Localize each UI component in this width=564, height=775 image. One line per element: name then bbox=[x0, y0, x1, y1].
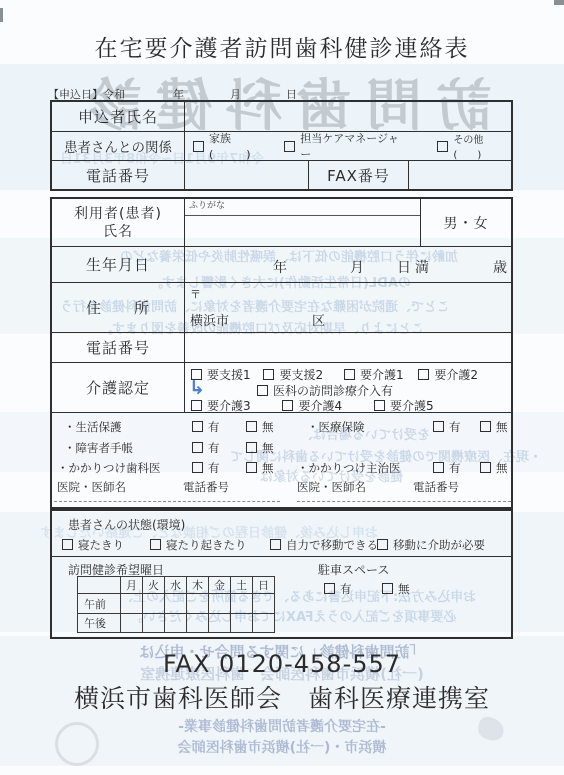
condition-opt1: 寝たきり bbox=[62, 537, 124, 553]
medical-no: 無 bbox=[480, 419, 508, 435]
checkbox-icon bbox=[193, 141, 204, 152]
condition-section: 患者さんの状態(環境) 寝たきり 寝たり起きたり 自力で移動できる 移動に介助が… bbox=[52, 511, 511, 557]
patient-name-field: ふりがな bbox=[185, 199, 421, 246]
day-mon: 月 bbox=[121, 577, 143, 594]
checkbox-icon bbox=[480, 462, 491, 473]
no-label: 無 bbox=[262, 441, 274, 455]
relation-row: 患者さんとの関係 家族( ) 担当ケアマネージャー その他( ) bbox=[52, 132, 511, 161]
applicant-table: 申込者氏名 患者さんとの関係 家族( ) 担当ケアマネージャー その他( ) 電… bbox=[50, 100, 513, 191]
checkbox-icon bbox=[284, 141, 295, 152]
no-label: 無 bbox=[398, 582, 410, 596]
am-label: 午前 bbox=[78, 594, 121, 614]
pm-slot bbox=[209, 614, 231, 633]
birthdate-row: 生年月日 年 月 日 満 歳 bbox=[52, 247, 511, 283]
no-label: 無 bbox=[262, 461, 274, 475]
day-wed: 水 bbox=[165, 577, 187, 594]
care-certification-options: 要支援1 要支援2 要介護1 要介護2 ↳ 医科の訪問診療介入有 要介護3 要介… bbox=[185, 363, 511, 412]
am-row: 午前 bbox=[78, 594, 275, 614]
clinic-phone-label: 電話番号 bbox=[413, 479, 459, 495]
scan-edge-artifact bbox=[554, 0, 564, 5]
am-slot bbox=[209, 594, 231, 614]
address-ward: 区 bbox=[312, 310, 325, 329]
condition-opt4-label: 移動に介助が必要 bbox=[393, 538, 485, 552]
weekday-table: 月 火 水 木 金 土 日 午前 午後 bbox=[77, 576, 275, 633]
condition-opt4: 移動に介助が必要 bbox=[377, 537, 485, 553]
care-opt7-label: 要介護5 bbox=[390, 399, 434, 413]
checkbox-icon bbox=[374, 400, 385, 411]
patient-name-label-line1: 利用者(患者) bbox=[74, 205, 162, 223]
checkbox-icon bbox=[263, 369, 274, 380]
relation-caremanager-label: 担当ケアマネージャー bbox=[300, 130, 409, 162]
yes-label: 有 bbox=[449, 461, 461, 475]
insurance-grid: ・生活保護 有 無 ・医療保険 有 無 ・障害者手帳 有 無 ・かかりつけ歯科医… bbox=[52, 413, 511, 507]
address-city: 横浜市 bbox=[190, 310, 229, 329]
checkbox-icon bbox=[418, 369, 429, 380]
day-tue: 火 bbox=[143, 577, 165, 594]
pm-slot bbox=[253, 614, 275, 633]
checkbox-icon bbox=[377, 539, 388, 550]
patient-phone-field bbox=[185, 333, 511, 362]
birth-age-label: 歳 bbox=[493, 257, 507, 277]
care-arrow-note-label: 医科の訪問診療介入有 bbox=[273, 384, 393, 398]
dentist-no: 無 bbox=[246, 460, 274, 476]
birth-year-label: 年 bbox=[273, 257, 287, 277]
am-slot bbox=[187, 594, 209, 614]
scan-edge-artifact bbox=[0, 8, 3, 22]
relation-family-label: 家族( ) bbox=[209, 130, 272, 162]
welfare-label: ・生活保護 bbox=[64, 419, 122, 435]
yes-label: 有 bbox=[208, 420, 220, 434]
am-slot bbox=[121, 594, 143, 614]
checkbox-icon bbox=[344, 369, 355, 380]
disability-no: 無 bbox=[246, 440, 274, 456]
condition-cell: 患者さんの状態(環境) 寝たきり 寝たり起きたり 自力で移動できる 移動に介助が… bbox=[52, 511, 511, 556]
family-doctor-label: ・かかりつけ主治医 bbox=[297, 460, 401, 476]
address-field: 〒 横浜市 区 bbox=[185, 283, 511, 332]
day-sat: 土 bbox=[231, 577, 253, 594]
dentist-yes: 有 bbox=[192, 460, 220, 476]
blue-arrow-icon: ↳ bbox=[189, 377, 205, 399]
clinic-name-label: 医院・医師名 bbox=[297, 479, 366, 495]
address-row: 住 所 〒 横浜市 区 bbox=[52, 283, 511, 333]
checkbox-icon bbox=[246, 462, 257, 473]
footer-organization: 横浜市歯科医師会 歯科医療連携室 bbox=[0, 679, 564, 715]
welfare-no: 無 bbox=[246, 419, 274, 435]
relation-other-label: その他( ) bbox=[453, 131, 511, 161]
disability-label: ・障害者手帳 bbox=[64, 440, 133, 456]
bleedthrough-logo-icon bbox=[475, 715, 507, 744]
bleedthrough-stamp-icon bbox=[55, 722, 99, 766]
medical-yes: 有 bbox=[433, 419, 461, 435]
care-option-line1: 要支援1 要支援2 要介護1 要介護2 bbox=[191, 366, 478, 383]
applicant-fax-field bbox=[409, 161, 511, 189]
patient-phone-row: 電話番号 bbox=[52, 333, 511, 363]
yes-label: 有 bbox=[208, 461, 220, 475]
pm-row: 午後 bbox=[78, 614, 275, 633]
weekday-corner-cell bbox=[78, 577, 121, 594]
insurance-section: ・生活保護 有 無 ・医療保険 有 無 ・障害者手帳 有 無 ・かかりつけ歯科医… bbox=[52, 413, 511, 507]
weekday-header-row: 月 火 水 木 金 土 日 bbox=[78, 577, 275, 594]
applicant-name-row: 申込者氏名 bbox=[52, 102, 511, 132]
address-label: 住 所 bbox=[52, 283, 185, 332]
phone-fax-row: 電話番号 FAX番号 bbox=[52, 161, 511, 189]
pm-slot bbox=[187, 614, 209, 633]
birthdate-field: 年 月 日 満 歳 bbox=[185, 247, 511, 282]
no-label: 無 bbox=[496, 420, 508, 434]
am-slot bbox=[143, 594, 165, 614]
relation-options: 家族( ) 担当ケアマネージャー その他( ) bbox=[185, 132, 511, 160]
checkbox-icon bbox=[62, 539, 73, 550]
checkbox-icon bbox=[246, 421, 257, 432]
doctor-yes: 有 bbox=[433, 460, 461, 476]
disability-yes: 有 bbox=[192, 440, 220, 456]
day-sun: 日 bbox=[253, 577, 275, 594]
condition-schedule-table: 患者さんの状態(環境) 寝たきり 寝たり起きたり 自力で移動できる 移動に介助が… bbox=[50, 509, 513, 639]
applicant-fax-label: FAX番号 bbox=[309, 161, 409, 189]
relation-label: 患者さんとの関係 bbox=[52, 132, 185, 160]
page-title: 在宅要介護者訪問歯科健診連絡表 bbox=[0, 30, 564, 63]
condition-opt1-label: 寝たきり bbox=[78, 538, 124, 552]
welfare-yes: 有 bbox=[192, 419, 220, 435]
care-opt4-label: 要介護2 bbox=[434, 368, 478, 382]
parking-no: 無 bbox=[382, 581, 410, 597]
write-line bbox=[54, 501, 280, 502]
condition-opt3-label: 自力で移動できる bbox=[286, 538, 378, 552]
care-option-line3: 要介護3 要介護4 要介護5 bbox=[191, 397, 434, 414]
checkbox-icon bbox=[480, 421, 491, 432]
care-opt2-label: 要支援2 bbox=[279, 368, 323, 382]
checkbox-icon bbox=[246, 442, 257, 453]
condition-opt2: 寝たり起きたり bbox=[150, 537, 247, 553]
doctor-no: 無 bbox=[480, 460, 508, 476]
checkbox-icon bbox=[192, 421, 203, 432]
pm-slot bbox=[143, 614, 165, 633]
clinic-phone-label: 電話番号 bbox=[183, 479, 229, 495]
schedule-section: 訪問健診希望曜日 駐車スペース 有 無 月 火 水 木 金 土 日 午前 bbox=[52, 557, 511, 637]
care-opt6-label: 要介護4 bbox=[298, 399, 342, 413]
care-opt5-label: 要介護3 bbox=[207, 399, 251, 413]
parking-label: 駐車スペース bbox=[318, 561, 389, 578]
checkbox-icon bbox=[433, 462, 444, 473]
patient-phone-label: 電話番号 bbox=[52, 333, 185, 362]
pm-slot bbox=[121, 614, 143, 633]
pm-slot bbox=[231, 614, 253, 633]
am-slot bbox=[253, 594, 275, 614]
family-dentist-label: ・かかりつけ歯科医 bbox=[57, 460, 161, 476]
checkbox-icon bbox=[192, 442, 203, 453]
patient-table: 利用者(患者) 氏名 ふりがな 男・女 生年月日 年 月 日 満 歳 住 所 〒… bbox=[50, 197, 513, 509]
condition-title: 患者さんの状態(環境) bbox=[68, 516, 185, 533]
yes-label: 有 bbox=[449, 420, 461, 434]
am-slot bbox=[231, 594, 253, 614]
no-label: 無 bbox=[496, 461, 508, 475]
pm-label: 午後 bbox=[78, 614, 121, 633]
checkbox-icon bbox=[191, 400, 202, 411]
yes-label: 有 bbox=[340, 582, 352, 596]
checkbox-icon bbox=[282, 400, 293, 411]
checkbox-icon bbox=[382, 583, 393, 594]
checkbox-icon bbox=[150, 539, 161, 550]
birth-day-label: 日 bbox=[397, 257, 411, 277]
postal-mark: 〒 bbox=[190, 286, 201, 302]
care-certification-row: 介護認定 要支援1 要支援2 要介護1 要介護2 ↳ 医科の訪問診療介入有 要介… bbox=[52, 363, 511, 413]
checkbox-icon bbox=[433, 421, 444, 432]
birth-man-label: 満 bbox=[415, 257, 429, 277]
patient-name-label: 利用者(患者) 氏名 bbox=[52, 199, 185, 246]
footer-fax-number: FAX 0120-458-557 bbox=[0, 650, 564, 678]
applicant-phone-field bbox=[185, 161, 309, 189]
day-fri: 金 bbox=[209, 577, 231, 594]
schedule-cell: 訪問健診希望曜日 駐車スペース 有 無 月 火 水 木 金 土 日 午前 bbox=[52, 557, 511, 637]
birth-month-label: 月 bbox=[350, 257, 364, 277]
furigana-label: ふりがな bbox=[185, 199, 420, 216]
condition-opt3: 自力で移動できる bbox=[270, 537, 378, 553]
pm-slot bbox=[165, 614, 187, 633]
no-label: 無 bbox=[262, 420, 274, 434]
care-opt3-label: 要介護1 bbox=[360, 368, 404, 382]
checkbox-icon bbox=[324, 583, 335, 594]
care-opt1-label: 要支援1 bbox=[207, 368, 251, 382]
applicant-name-field bbox=[185, 102, 511, 131]
clinic-name-label: 医院・医師名 bbox=[57, 479, 126, 495]
applicant-name-label: 申込者氏名 bbox=[52, 102, 185, 131]
checkbox-icon bbox=[437, 141, 448, 152]
gender-cell: 男・女 bbox=[421, 199, 511, 246]
day-thu: 木 bbox=[187, 577, 209, 594]
checkbox-icon bbox=[192, 462, 203, 473]
yes-label: 有 bbox=[208, 441, 220, 455]
checkbox-icon bbox=[257, 385, 268, 396]
medical-insurance-label: ・医療保険 bbox=[307, 419, 365, 435]
patient-name-label-line2: 氏名 bbox=[103, 223, 133, 241]
care-certification-label: 介護認定 bbox=[52, 363, 185, 412]
applicant-phone-label: 電話番号 bbox=[52, 161, 185, 189]
application-date-line: 【申込日】令和 年 月 日 bbox=[48, 86, 348, 100]
parking-yes: 有 bbox=[324, 581, 352, 597]
condition-opt2-label: 寝たり起きたり bbox=[166, 538, 247, 552]
checkbox-icon bbox=[270, 539, 281, 550]
patient-name-row: 利用者(患者) 氏名 ふりがな 男・女 bbox=[52, 199, 511, 247]
birthdate-label: 生年月日 bbox=[52, 247, 185, 282]
write-line bbox=[297, 501, 511, 502]
am-slot bbox=[165, 594, 187, 614]
